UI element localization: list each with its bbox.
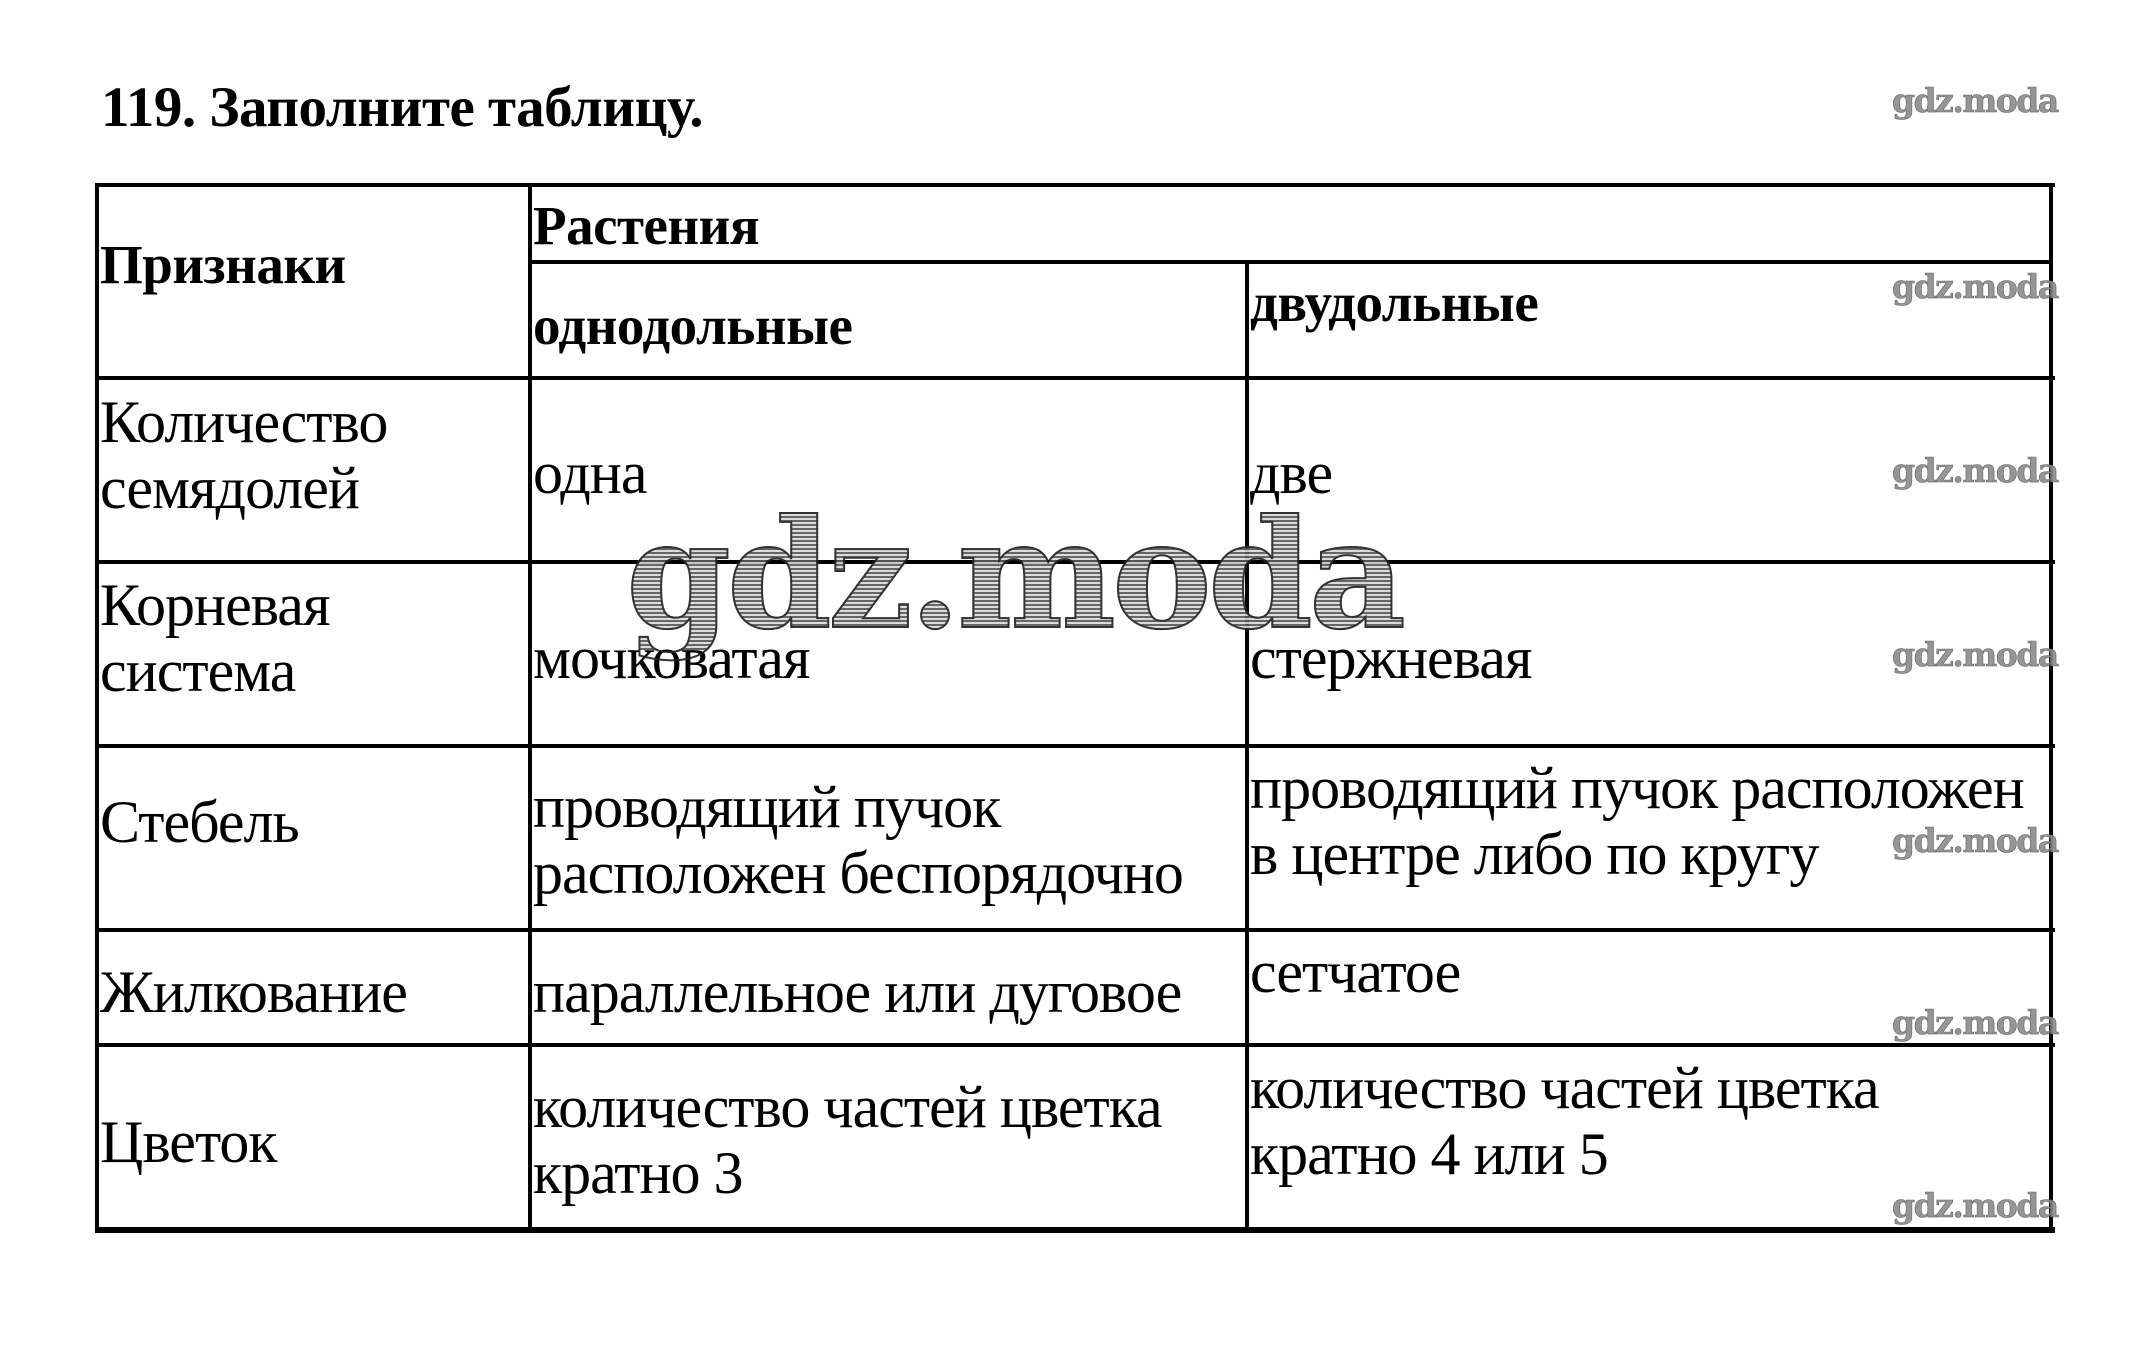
cell-line: Жилкование bbox=[100, 959, 407, 1025]
column-divider-1 bbox=[528, 183, 532, 1233]
row-divider bbox=[95, 1043, 2055, 1047]
row-divider bbox=[95, 744, 2055, 748]
watermark-small: gdz.moda bbox=[1892, 638, 2026, 672]
cell-line: количество частей цветка bbox=[1250, 1055, 1879, 1121]
row-divider bbox=[95, 928, 2055, 932]
cell-line: кратно 3 bbox=[533, 1140, 1162, 1206]
exercise-title: 119. Заполните таблицу. bbox=[101, 76, 703, 140]
table-border-top bbox=[95, 183, 2055, 187]
cell-line: Количество bbox=[100, 389, 387, 455]
cell-monocots: проводящий пучок расположен беспорядочно bbox=[533, 774, 1183, 906]
watermark-small: gdz.moda bbox=[1892, 84, 2026, 118]
cell-feature: Корневая система bbox=[100, 572, 330, 704]
cell-line: Цветок bbox=[100, 1109, 277, 1175]
cell-line: параллельное или дуговое bbox=[533, 959, 1181, 1025]
cell-feature: Стебель bbox=[100, 789, 299, 855]
cell-line: Корневая bbox=[100, 572, 330, 638]
watermark-small: gdz.moda bbox=[1892, 1189, 2026, 1223]
cell-monocots: параллельное или дуговое bbox=[533, 959, 1181, 1025]
cell-feature: Цветок bbox=[100, 1109, 277, 1175]
header-subdivider bbox=[528, 260, 2053, 264]
watermark-small: gdz.moda bbox=[1892, 454, 2026, 488]
cell-line: система bbox=[100, 638, 330, 704]
table-border-bottom bbox=[95, 1227, 2055, 1233]
cell-line: сетчатое bbox=[1250, 939, 1460, 1005]
cell-feature: Жилкование bbox=[100, 959, 407, 1025]
watermark-small: gdz.moda bbox=[1892, 824, 2026, 858]
cell-feature: Количество семядолей bbox=[100, 389, 387, 521]
watermark-small: gdz.moda bbox=[1892, 1006, 2026, 1040]
cell-line: кратно 4 или 5 bbox=[1250, 1121, 1879, 1187]
row-divider bbox=[95, 376, 2055, 380]
cell-line: Стебель bbox=[100, 789, 299, 855]
watermark-large: gdz.moda bbox=[626, 500, 1402, 650]
watermark-small: gdz.moda bbox=[1892, 270, 2026, 304]
cell-line: проводящий пучок bbox=[533, 774, 1183, 840]
header-monocots: однодольные bbox=[533, 296, 852, 356]
header-plants: Растения bbox=[533, 196, 759, 256]
cell-monocots: количество частей цветка кратно 3 bbox=[533, 1074, 1162, 1206]
cell-line: проводящий пучок расположен bbox=[1250, 755, 2024, 821]
cell-dicots: количество частей цветка кратно 4 или 5 bbox=[1250, 1055, 1879, 1187]
cell-dicots: сетчатое bbox=[1250, 939, 1460, 1005]
table-border-right bbox=[2049, 183, 2053, 1233]
cell-line: расположен беспорядочно bbox=[533, 840, 1183, 906]
cell-line: семядолей bbox=[100, 455, 387, 521]
header-features: Признаки bbox=[100, 235, 346, 295]
table-border-left bbox=[95, 183, 99, 1233]
cell-line: количество частей цветка bbox=[533, 1074, 1162, 1140]
header-dicots: двудольные bbox=[1250, 273, 1538, 333]
